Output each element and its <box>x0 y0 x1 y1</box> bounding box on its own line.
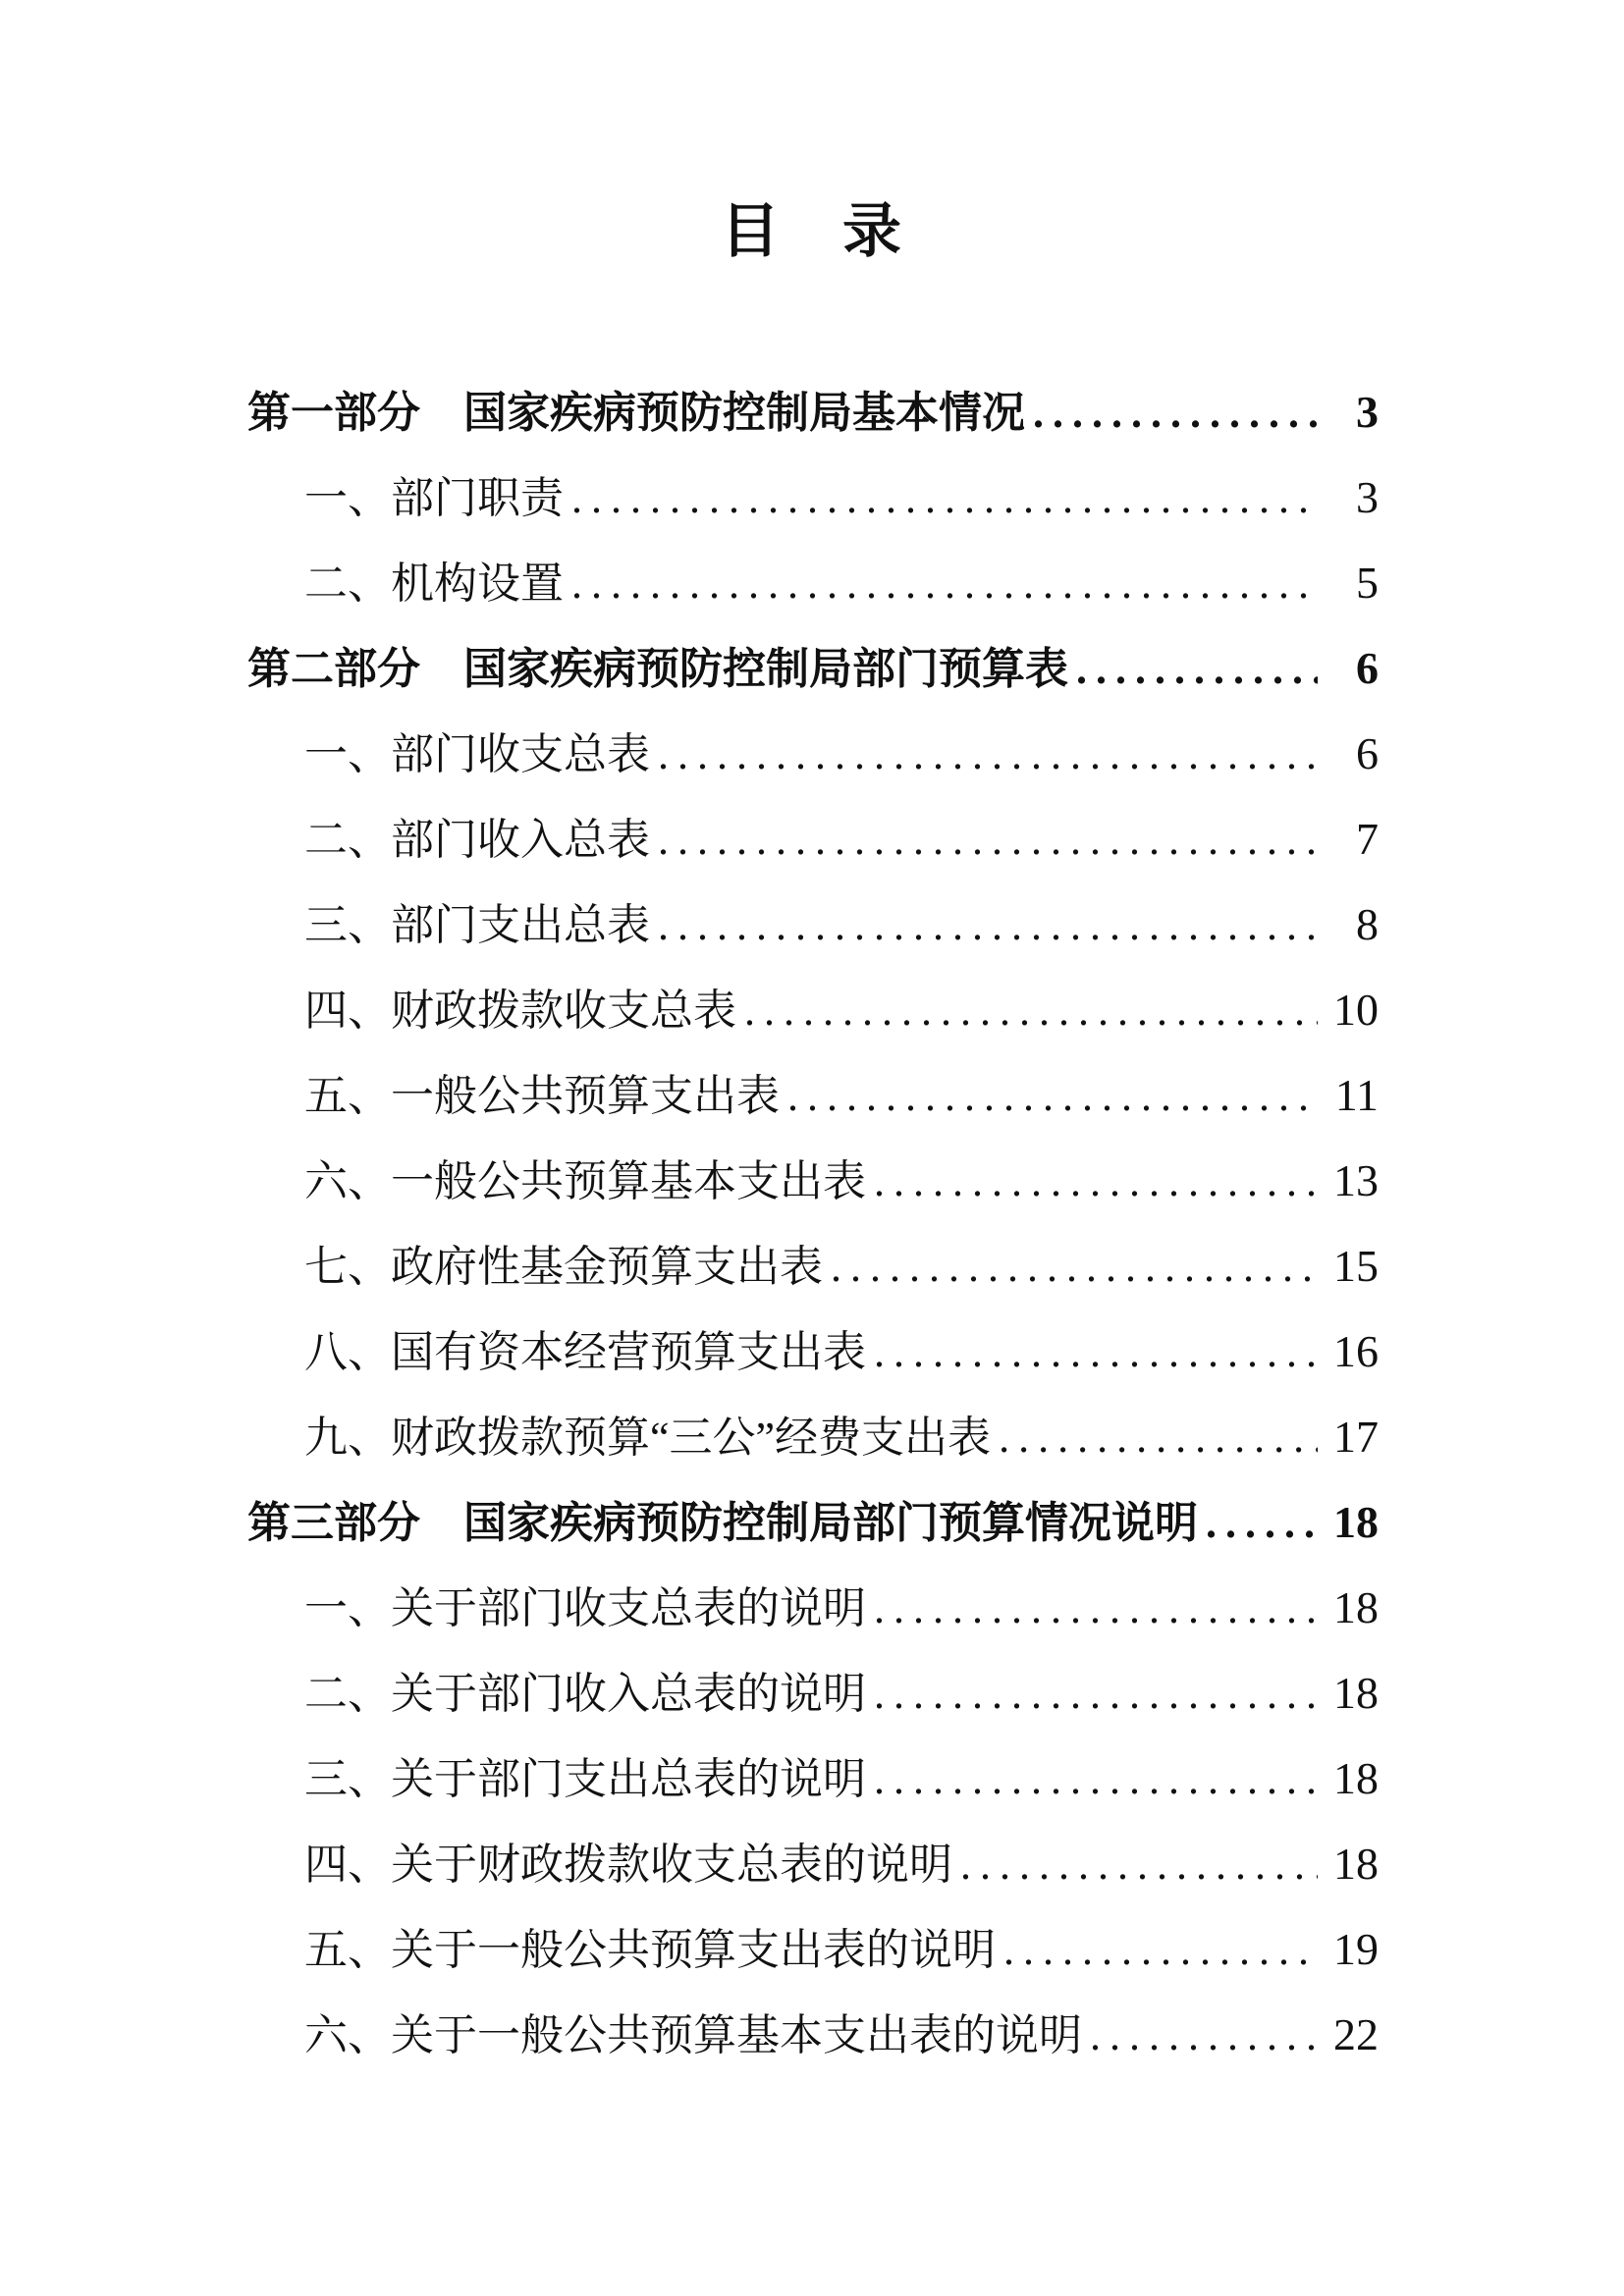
toc-leader-dots <box>736 968 1318 1053</box>
toc-entry-label: 四、关于财政拨款收支总表的说明 <box>304 1822 952 1907</box>
toc-item-entry: 四、财政拨款收支总表10 <box>247 967 1379 1052</box>
toc-leader-dots <box>866 1139 1318 1224</box>
toc-item-entry: 六、关于一般公共预算基本支出表的说明22 <box>247 1992 1379 2077</box>
toc-entry-page: 7 <box>1318 796 1379 881</box>
toc-entry-label: 三、部门支出总表 <box>304 882 650 968</box>
toc-item-entry: 三、关于部门支出总表的说明18 <box>247 1735 1379 1821</box>
toc-leader-dots <box>650 712 1318 797</box>
toc-entry-page: 19 <box>1318 1906 1379 1992</box>
toc-entry-label: 七、政府性基金预算支出表 <box>304 1224 823 1309</box>
toc-leader-dots <box>564 455 1318 541</box>
toc-entry-page: 16 <box>1318 1308 1379 1394</box>
toc-entry-page: 11 <box>1318 1052 1379 1138</box>
toc-leader-dots <box>1198 1480 1318 1566</box>
toc-leader-dots <box>650 882 1318 968</box>
toc-entry-page: 22 <box>1318 1992 1379 2077</box>
toc-entry-label: 二、部门收入总表 <box>304 797 650 882</box>
document-page: 目 录 第一部分 国家疾病预防控制局基本情况3一、部门职责3二、机构设置5第二部… <box>0 0 1624 2296</box>
toc-leader-dots <box>991 1395 1318 1480</box>
toc-section-entry: 第一部分 国家疾病预防控制局基本情况3 <box>247 369 1379 454</box>
toc-item-entry: 八、国有资本经营预算支出表16 <box>247 1308 1379 1394</box>
toc-leader-dots <box>780 1053 1318 1139</box>
toc-entry-page: 8 <box>1318 881 1379 967</box>
toc-entry-label: 二、机构设置 <box>304 541 564 626</box>
toc-item-entry: 五、一般公共预算支出表11 <box>247 1052 1379 1138</box>
toc-leader-dots <box>866 1309 1318 1395</box>
toc-section-entry: 第三部分 国家疾病预防控制局部门预算情况说明18 <box>247 1479 1379 1565</box>
toc-section-entry: 第二部分 国家疾病预防控制局部门预算表6 <box>247 625 1379 711</box>
toc-entry-page: 18 <box>1318 1821 1379 1906</box>
toc-entry-page: 18 <box>1318 1650 1379 1735</box>
toc-entry-label: 一、部门收支总表 <box>304 712 650 797</box>
toc-entry-label: 六、关于一般公共预算基本支出表的说明 <box>304 1993 1082 2078</box>
toc-entry-label: 一、部门职责 <box>304 455 564 541</box>
toc-leader-dots <box>1068 626 1318 712</box>
toc-leader-dots <box>1025 370 1318 455</box>
toc-entry-page: 3 <box>1318 454 1379 540</box>
toc-item-entry: 五、关于一般公共预算支出表的说明19 <box>247 1906 1379 1992</box>
toc-entry-label: 五、一般公共预算支出表 <box>304 1053 780 1139</box>
toc-item-entry: 九、财政拨款预算“三公”经费支出表17 <box>247 1394 1379 1479</box>
toc-list: 第一部分 国家疾病预防控制局基本情况3一、部门职责3二、机构设置5第二部分 国家… <box>247 369 1379 2077</box>
toc-entry-label: 三、关于部门支出总表的说明 <box>304 1736 866 1822</box>
toc-entry-page: 15 <box>1318 1223 1379 1308</box>
toc-item-entry: 七、政府性基金预算支出表15 <box>247 1223 1379 1308</box>
toc-leader-dots <box>564 541 1318 626</box>
toc-leader-dots <box>866 1566 1318 1651</box>
toc-leader-dots <box>952 1822 1318 1907</box>
toc-entry-page: 6 <box>1318 711 1379 796</box>
toc-leader-dots <box>996 1907 1318 1993</box>
toc-item-entry: 一、部门收支总表6 <box>247 711 1379 796</box>
toc-leader-dots <box>866 1736 1318 1822</box>
toc-entry-label: 第二部分 国家疾病预防控制局部门预算表 <box>247 626 1068 712</box>
page-title: 目 录 <box>0 0 1624 264</box>
toc-entry-page: 18 <box>1318 1479 1379 1565</box>
toc-entry-label: 六、一般公共预算基本支出表 <box>304 1139 866 1224</box>
toc-leader-dots <box>866 1651 1318 1736</box>
toc-entry-label: 第一部分 国家疾病预防控制局基本情况 <box>247 370 1025 455</box>
toc-entry-label: 一、关于部门收支总表的说明 <box>304 1566 866 1651</box>
toc-entry-page: 6 <box>1318 625 1379 711</box>
toc-entry-page: 13 <box>1318 1138 1379 1223</box>
toc-entry-page: 18 <box>1318 1565 1379 1650</box>
toc-item-entry: 二、机构设置5 <box>247 540 1379 625</box>
toc-entry-label: 五、关于一般公共预算支出表的说明 <box>304 1907 996 1993</box>
toc-leader-dots <box>1082 1993 1318 2078</box>
toc-item-entry: 六、一般公共预算基本支出表13 <box>247 1138 1379 1223</box>
toc-entry-page: 10 <box>1318 967 1379 1052</box>
toc-leader-dots <box>823 1224 1318 1309</box>
toc-item-entry: 二、关于部门收入总表的说明18 <box>247 1650 1379 1735</box>
toc-item-entry: 一、关于部门收支总表的说明18 <box>247 1565 1379 1650</box>
toc-entry-label: 四、财政拨款收支总表 <box>304 968 736 1053</box>
toc-entry-page: 17 <box>1318 1394 1379 1479</box>
toc-leader-dots <box>650 797 1318 882</box>
toc-entry-page: 5 <box>1318 540 1379 625</box>
toc-item-entry: 一、部门职责3 <box>247 454 1379 540</box>
toc-entry-label: 二、关于部门收入总表的说明 <box>304 1651 866 1736</box>
toc-item-entry: 四、关于财政拨款收支总表的说明18 <box>247 1821 1379 1906</box>
toc-entry-label: 第三部分 国家疾病预防控制局部门预算情况说明 <box>247 1480 1198 1566</box>
toc-entry-label: 九、财政拨款预算“三公”经费支出表 <box>304 1395 991 1480</box>
toc-item-entry: 三、部门支出总表8 <box>247 881 1379 967</box>
toc-entry-label: 八、国有资本经营预算支出表 <box>304 1309 866 1395</box>
toc-entry-page: 18 <box>1318 1735 1379 1821</box>
toc-item-entry: 二、部门收入总表7 <box>247 796 1379 881</box>
toc-entry-page: 3 <box>1318 369 1379 454</box>
